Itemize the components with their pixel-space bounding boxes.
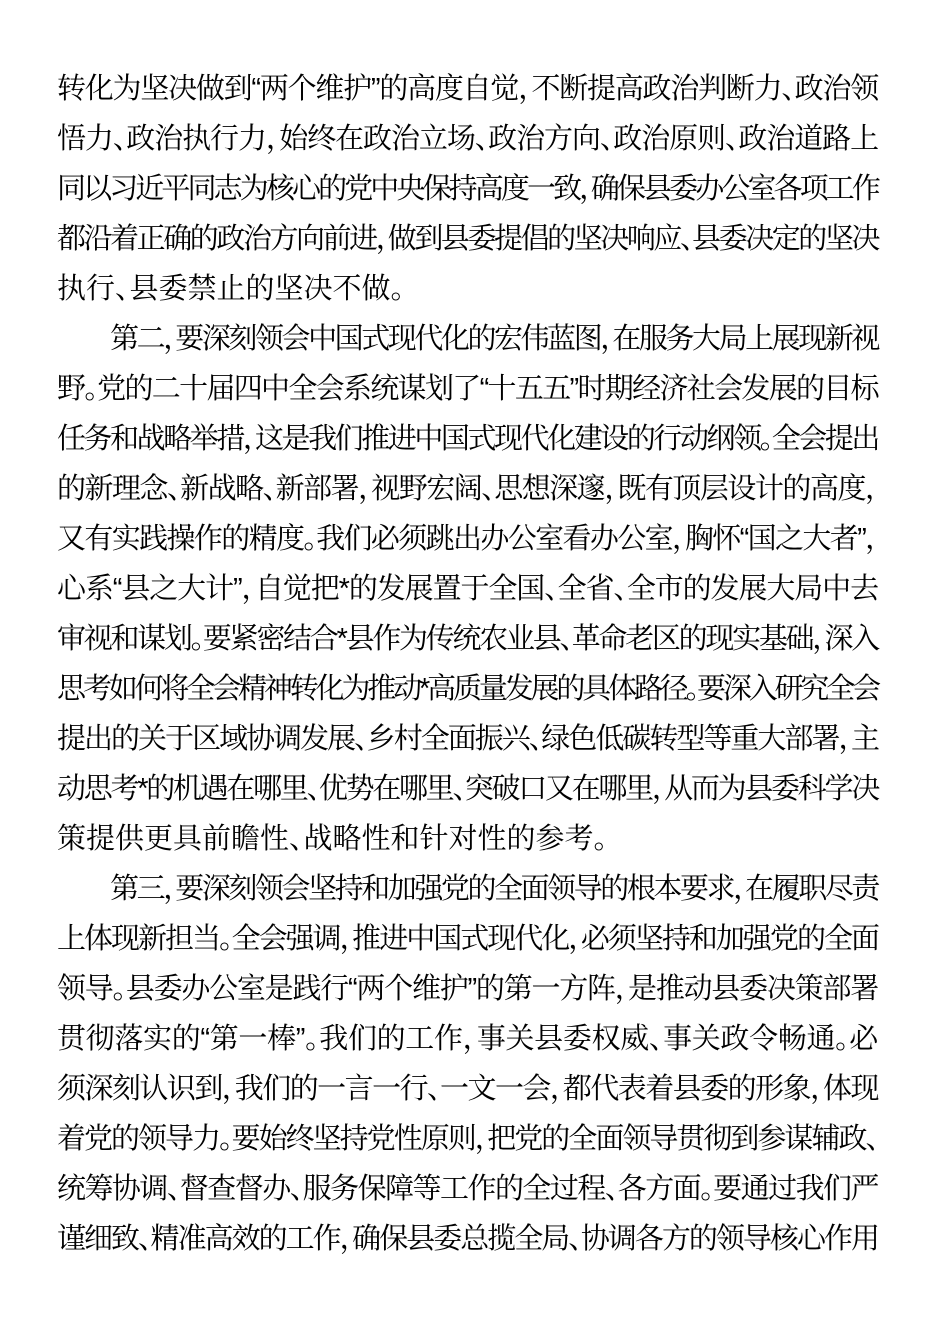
text-line: 悟力、政治执行力，始终在政治立场、政治方向、政治原则、政治道路上 [57, 114, 878, 164]
line-text: 提出的关于区域协调发展、乡村全面振兴、绿色低碳转型等重大部署，主 [57, 723, 878, 755]
line-text: 着党的领导力。要始终坚持党性原则，把党的全面领导贯彻到参谋辅政、 [57, 1123, 878, 1155]
text-line: 谨细致、精准高效的工作，确保县委总揽全局、协调各方的领导核心作用 [57, 1214, 878, 1264]
line-text: 动思考*的机遇在哪里、优势在哪里、突破口又在哪里，从而为县委科学决 [57, 773, 878, 805]
paragraph: 转化为坚决做到“两个维护”的高度自觉，不断提高政治判断力、政治领悟力、政治执行力… [57, 64, 878, 314]
line-text: 贯彻落实的“第一棒”。我们的工作，事关县委权威、事关政令畅通。必 [57, 1023, 878, 1055]
text-line: 同以习近平同志为核心的党中央保持高度一致，确保县委办公室各项工作 [57, 164, 878, 214]
line-text: 领导。县委办公室是践行“两个维护”的第一方阵，是推动县委决策部署 [57, 973, 878, 1005]
paragraph: 第三，要深刻领会坚持和加强党的全面领导的根本要求，在履职尽责上体现新担当。全会强… [57, 864, 878, 1264]
text-line: 又有实践操作的精度。我们必须跳出办公室看办公室，胸怀“国之大者”， [57, 514, 878, 564]
text-line: 动思考*的机遇在哪里、优势在哪里、突破口又在哪里，从而为县委科学决 [57, 764, 878, 814]
text-line: 思考如何将全会精神转化为推动*高质量发展的具体路径。要深入研究全会 [57, 664, 878, 714]
line-text: 执行、县委禁止的坚决不做。 [57, 273, 405, 305]
line-text: 都沿着正确的政治方向前进，做到县委提倡的坚决响应、县委决定的坚决 [57, 223, 878, 255]
text-line: 执行、县委禁止的坚决不做。 [57, 264, 878, 314]
line-text: 上体现新担当。全会强调，推进中国式现代化，必须坚持和加强党的全面 [57, 923, 878, 955]
line-text: 谨细致、精准高效的工作，确保县委总揽全局、协调各方的领导核心作用 [57, 1223, 878, 1255]
page-text: 转化为坚决做到“两个维护”的高度自觉，不断提高政治判断力、政治领悟力、政治执行力… [57, 64, 878, 1264]
line-text: 思考如何将全会精神转化为推动*高质量发展的具体路径。要深入研究全会 [57, 673, 878, 705]
line-text: 任务和战略举措，这是我们推进中国式现代化建设的行动纲领。全会提出 [57, 423, 878, 455]
line-text: 野。党的二十届四中全会系统谋划了“十五五”时期经济社会发展的目标 [57, 373, 878, 405]
text-line: 第三，要深刻领会坚持和加强党的全面领导的根本要求，在履职尽责 [57, 864, 878, 914]
line-text: 的新理念、新战略、新部署，视野宏阔、思想深邃，既有顶层设计的高度， [57, 473, 878, 505]
text-line: 上体现新担当。全会强调，推进中国式现代化，必须坚持和加强党的全面 [57, 914, 878, 964]
line-text: 统筹协调、督查督办、服务保障等工作的全过程、各方面。要通过我们严 [57, 1173, 878, 1205]
line-text: 策提供更具前瞻性、战略性和针对性的参考。 [57, 823, 608, 855]
text-line: 提出的关于区域协调发展、乡村全面振兴、绿色低碳转型等重大部署，主 [57, 714, 878, 764]
line-text: 悟力、政治执行力，始终在政治立场、政治方向、政治原则、政治道路上 [57, 123, 878, 155]
line-text: 第二，要深刻领会中国式现代化的宏伟蓝图，在服务大局上展现新视 [57, 323, 878, 355]
text-line: 须深刻认识到，我们的一言一行、一文一会，都代表着县委的形象，体现 [57, 1064, 878, 1114]
text-line: 贯彻落实的“第一棒”。我们的工作，事关县委权威、事关政令畅通。必 [57, 1014, 878, 1064]
text-line: 都沿着正确的政治方向前进，做到县委提倡的坚决响应、县委决定的坚决 [57, 214, 878, 264]
line-text: 又有实践操作的精度。我们必须跳出办公室看办公室，胸怀“国之大者”， [57, 523, 878, 555]
text-line: 任务和战略举措，这是我们推进中国式现代化建设的行动纲领。全会提出 [57, 414, 878, 464]
line-text: 心系“县之大计”，自觉把*的发展置于全国、全省、全市的发展大局中去 [57, 573, 878, 605]
text-line: 策提供更具前瞻性、战略性和针对性的参考。 [57, 814, 878, 864]
line-text: 审视和谋划。要紧密结合*县作为传统农业县、革命老区的现实基础，深入 [57, 623, 878, 655]
text-line: 审视和谋划。要紧密结合*县作为传统农业县、革命老区的现实基础，深入 [57, 614, 878, 664]
text-line: 心系“县之大计”，自觉把*的发展置于全国、全省、全市的发展大局中去 [57, 564, 878, 614]
paragraph: 第二，要深刻领会中国式现代化的宏伟蓝图，在服务大局上展现新视野。党的二十届四中全… [57, 314, 878, 864]
line-text: 须深刻认识到，我们的一言一行、一文一会，都代表着县委的形象，体现 [57, 1073, 878, 1105]
text-line: 领导。县委办公室是践行“两个维护”的第一方阵，是推动县委决策部署 [57, 964, 878, 1014]
line-text: 转化为坚决做到“两个维护”的高度自觉，不断提高政治判断力、政治领 [57, 73, 878, 105]
line-text: 同以习近平同志为核心的党中央保持高度一致，确保县委办公室各项工作 [57, 173, 878, 205]
text-line: 第二，要深刻领会中国式现代化的宏伟蓝图，在服务大局上展现新视 [57, 314, 878, 364]
text-line: 野。党的二十届四中全会系统谋划了“十五五”时期经济社会发展的目标 [57, 364, 878, 414]
text-line: 转化为坚决做到“两个维护”的高度自觉，不断提高政治判断力、政治领 [57, 64, 878, 114]
line-text: 第三，要深刻领会坚持和加强党的全面领导的根本要求，在履职尽责 [57, 873, 878, 905]
document-page: 转化为坚决做到“两个维护”的高度自觉，不断提高政治判断力、政治领悟力、政治执行力… [0, 0, 950, 1344]
text-line: 的新理念、新战略、新部署，视野宏阔、思想深邃，既有顶层设计的高度， [57, 464, 878, 514]
text-line: 着党的领导力。要始终坚持党性原则，把党的全面领导贯彻到参谋辅政、 [57, 1114, 878, 1164]
text-line: 统筹协调、督查督办、服务保障等工作的全过程、各方面。要通过我们严 [57, 1164, 878, 1214]
